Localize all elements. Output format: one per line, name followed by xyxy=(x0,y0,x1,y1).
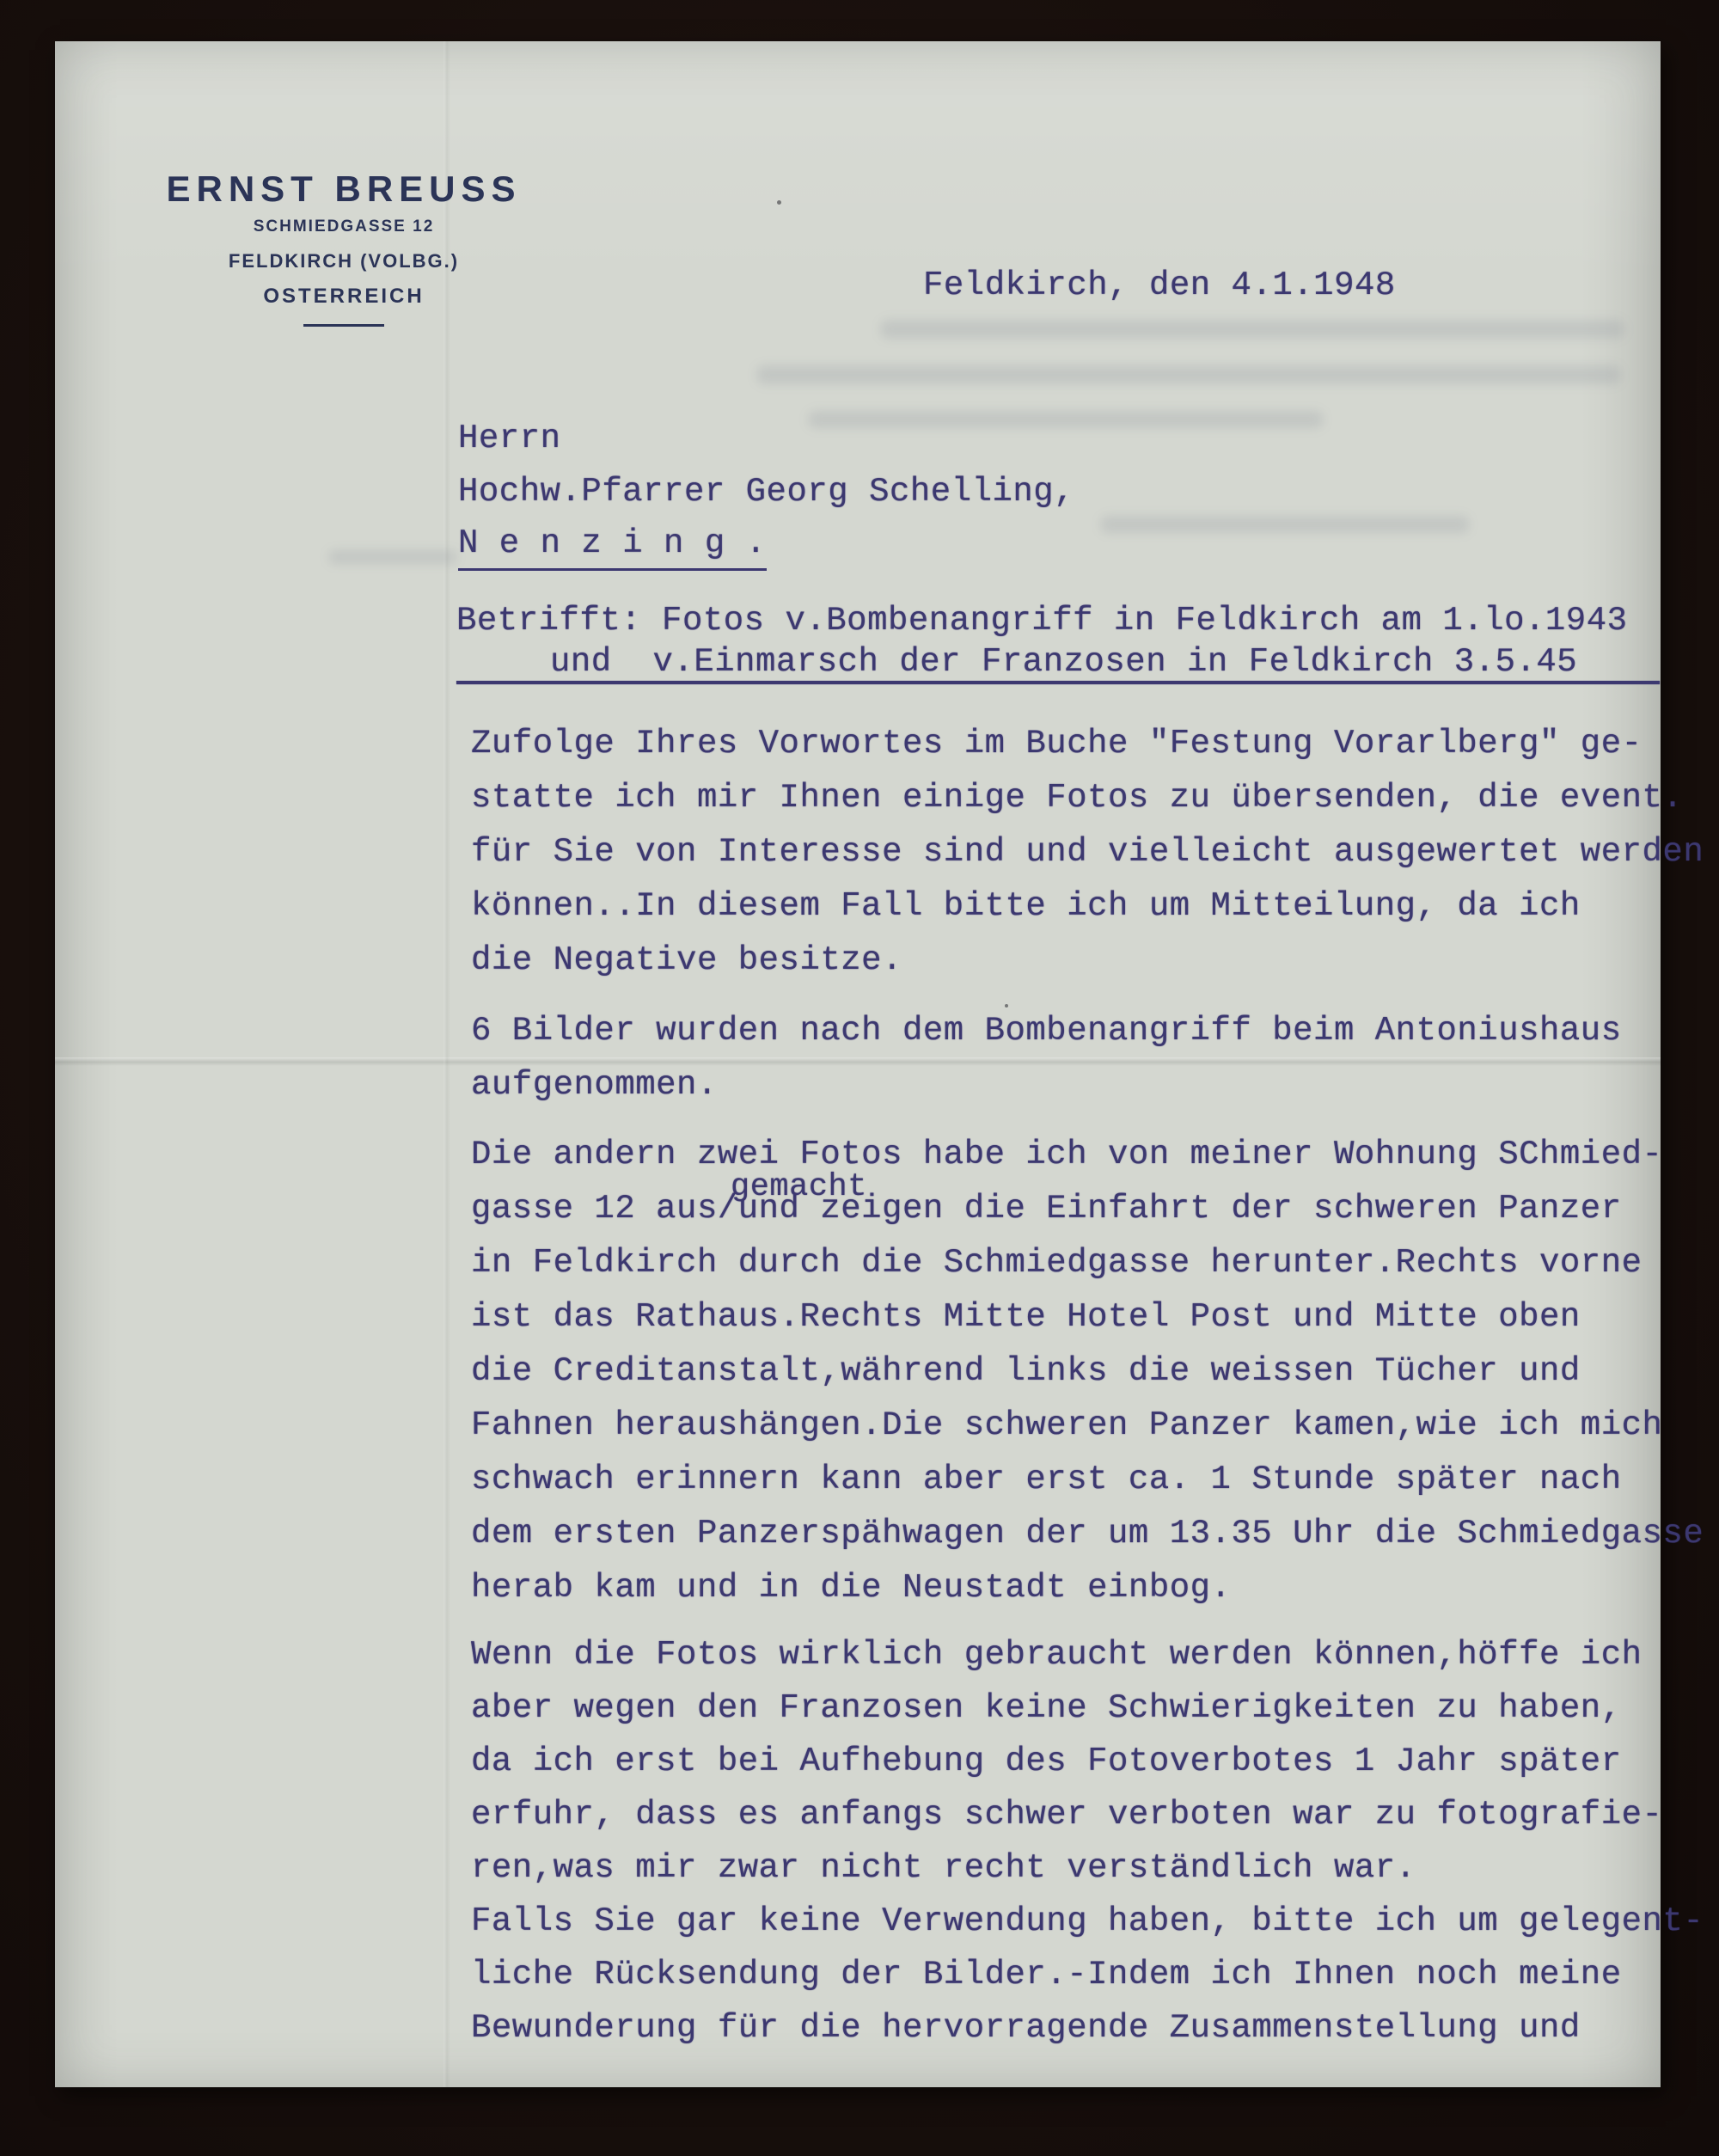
text-line: da ich erst bei Aufhebung des Fotoverbot… xyxy=(471,1735,1704,1788)
sender-city: FELDKIRCH (VOLBG.) xyxy=(120,250,567,273)
text-line: aufgenommen. xyxy=(471,1058,1622,1112)
text-line: herab kam und in die Neustadt einbog. xyxy=(471,1561,1704,1615)
text-line: ist das Rathaus.Rechts Mitte Hotel Post … xyxy=(471,1290,1704,1344)
text-line: Zufolge Ihres Vorwortes im Buche "Festun… xyxy=(471,717,1704,771)
text-line: liche Rücksendung der Bilder.-Indem ich … xyxy=(471,1948,1704,2001)
fold-crease-vertical xyxy=(444,41,450,2087)
paragraph-2: 6 Bilder wurden nach dem Bombenangriff b… xyxy=(471,1004,1622,1112)
letterhead-rule xyxy=(303,324,384,327)
text-line: Fahnen heraushängen.Die schweren Panzer … xyxy=(471,1399,1704,1453)
bleedthrough-mark xyxy=(756,365,1621,384)
paragraph-3: Die andern zwei Fotos habe ich von meine… xyxy=(471,1128,1704,1615)
bleedthrough-mark xyxy=(1100,516,1470,533)
text-line: ren,was mir zwar nicht recht verständlic… xyxy=(471,1841,1704,1895)
sender-street: SCHMIEDGASSE 12 xyxy=(120,217,567,236)
text-line: Die andern zwei Fotos habe ich von meine… xyxy=(471,1128,1704,1182)
text-line: aber wegen den Franzosen keine Schwierig… xyxy=(471,1681,1704,1735)
text-line: statte ich mir Ihnen einige Fotos zu übe… xyxy=(471,771,1704,825)
date-line: Feldkirch, den 4.1.1948 xyxy=(923,266,1396,304)
text-line: Bewunderung für die hervorragende Zusamm… xyxy=(471,2001,1704,2055)
text-line: Wenn die Fotos wirklich gebraucht werden… xyxy=(471,1628,1704,1681)
text-line: Falls Sie gar keine Verwendung haben, bi… xyxy=(471,1895,1704,1948)
text-line: schwach erinnern kann aber erst ca. 1 St… xyxy=(471,1453,1704,1507)
paragraph-4: Wenn die Fotos wirklich gebraucht werden… xyxy=(471,1628,1704,2055)
text-line: dem ersten Panzerspähwagen der um 13.35 … xyxy=(471,1507,1704,1561)
text-line: in Feldkirch durch die Schmiedgasse heru… xyxy=(471,1236,1704,1290)
sender-name: ERNST BREUSS xyxy=(120,168,567,210)
inserted-word: gemacht xyxy=(731,1169,867,1205)
text-line: erfuhr, dass es anfangs schwer verboten … xyxy=(471,1788,1704,1841)
bleedthrough-mark xyxy=(328,550,457,564)
sender-country: OSTERREICH xyxy=(120,285,567,309)
text-line: gasse 12 aus/und zeigen die Einfahrt der… xyxy=(471,1182,1704,1236)
paper-speck xyxy=(777,200,781,205)
text-line: die Negative besitze. xyxy=(471,934,1704,988)
text-line: die Creditanstalt,während links die weis… xyxy=(471,1344,1704,1399)
text-line: für Sie von Interesse sind und vielleich… xyxy=(471,825,1704,879)
subject-line-1: Betrifft: Fotos v.Bombenangriff in Feldk… xyxy=(456,602,1628,640)
paragraph-1: Zufolge Ihres Vorwortes im Buche "Festun… xyxy=(471,717,1704,988)
recipient-salutation: Herrn xyxy=(458,420,561,457)
text-line: 6 Bilder wurden nach dem Bombenangriff b… xyxy=(471,1004,1622,1058)
subject-underline xyxy=(456,681,1660,684)
bleedthrough-mark xyxy=(808,411,1324,428)
letterhead: ERNST BREUSS SCHMIEDGASSE 12 FELDKIRCH (… xyxy=(120,168,567,327)
recipient-name: Hochw.Pfarrer Georg Schelling, xyxy=(458,473,1074,511)
subject-line-2: und v.Einmarsch der Franzosen in Feldkir… xyxy=(550,643,1577,681)
recipient-town: N e n z i n g . xyxy=(458,524,767,571)
bleedthrough-mark xyxy=(880,320,1624,339)
letter-page: ERNST BREUSS SCHMIEDGASSE 12 FELDKIRCH (… xyxy=(55,41,1661,2087)
text-line: können..In diesem Fall bitte ich um Mitt… xyxy=(471,879,1704,934)
